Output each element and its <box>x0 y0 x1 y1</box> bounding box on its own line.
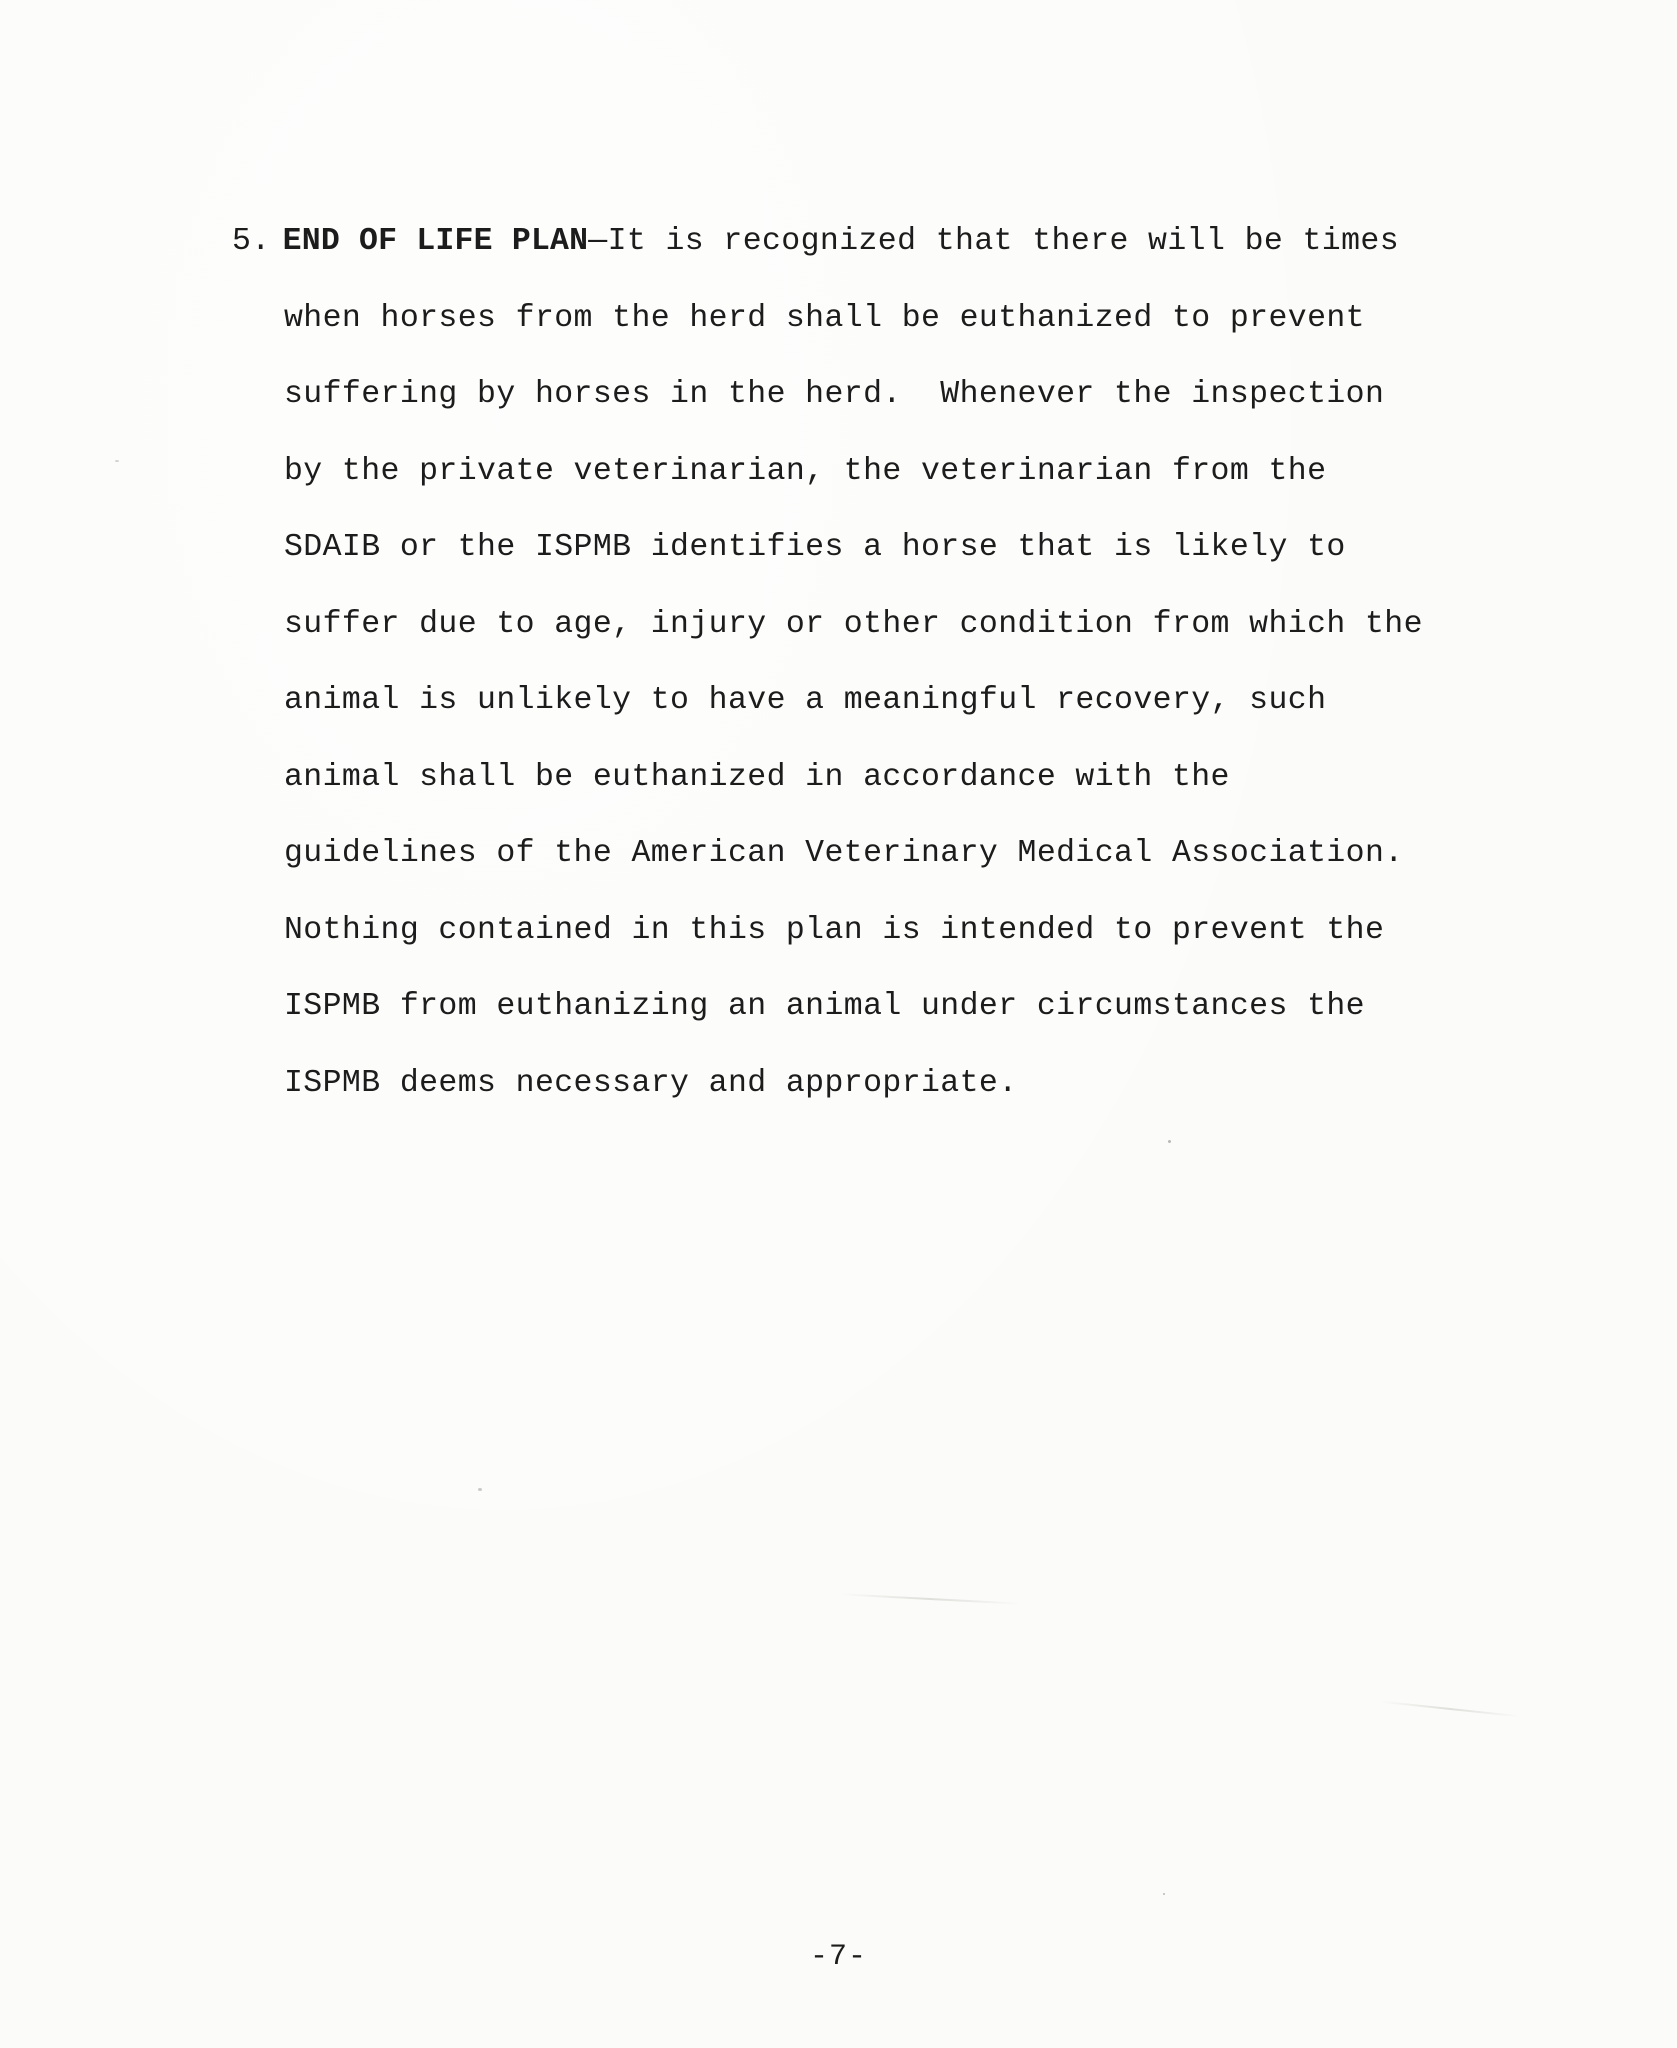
body-line: Nothing contained in this plan is intend… <box>284 911 1384 951</box>
scan-streak <box>1380 1701 1519 1718</box>
section-heading: END OF LIFE PLAN <box>283 224 589 259</box>
body-line: —It is recognized that there will be tim… <box>588 224 1399 259</box>
body-line: SDAIB or the ISPMB identifies a horse th… <box>284 528 1346 568</box>
body-line: suffering by horses in the herd. Wheneve… <box>284 375 1384 415</box>
body-line: guidelines of the American Veterinary Me… <box>284 834 1404 874</box>
body-line: suffer due to age, injury or other condi… <box>284 605 1423 645</box>
body-line: animal shall be euthanized in accordance… <box>284 758 1230 798</box>
body-line: ISPMB deems necessary and appropriate. <box>284 1064 1018 1104</box>
body-line: ISPMB from euthanizing an animal under c… <box>284 987 1365 1027</box>
body-line: animal is unlikely to have a meaningful … <box>284 681 1326 721</box>
scan-streak <box>840 1593 1020 1604</box>
scan-speck <box>1163 1893 1165 1895</box>
section-number: 5. <box>232 222 271 262</box>
scan-speck <box>115 460 119 462</box>
document-page: 5.END OF LIFE PLAN—It is recognized that… <box>0 0 1677 2048</box>
page-number: -7- <box>0 1940 1677 1974</box>
scan-speck <box>1168 1140 1171 1143</box>
body-line: when horses from the herd shall be eutha… <box>284 299 1365 339</box>
body-line: by the private veterinarian, the veterin… <box>284 452 1326 492</box>
section-first-line: 5.END OF LIFE PLAN—It is recognized that… <box>232 222 1399 262</box>
scan-speck <box>478 1488 482 1491</box>
